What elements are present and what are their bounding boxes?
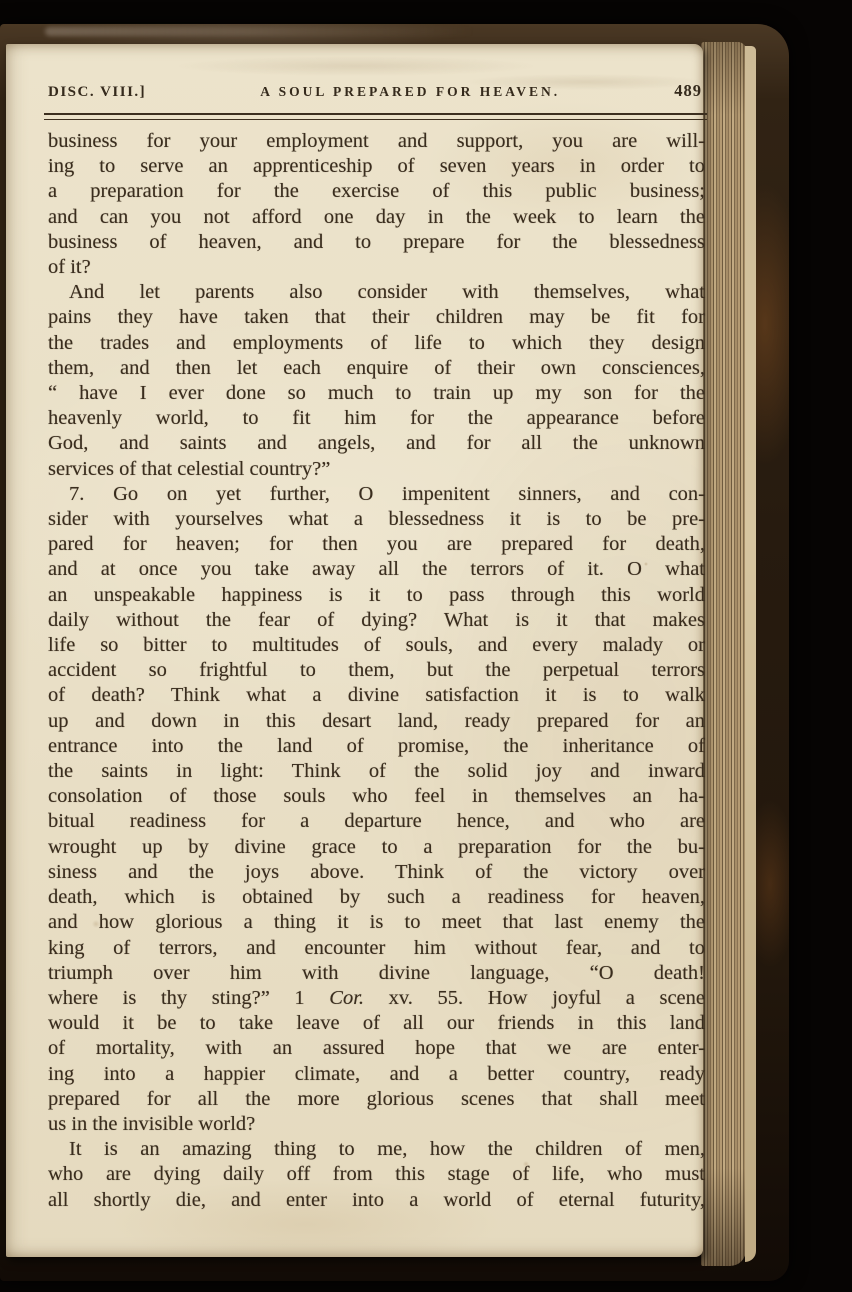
text-line: of mortality, with an assured hope that … [48,1036,705,1061]
under-page-edge [745,46,756,1262]
text-line: of it? [48,255,705,280]
running-title: A SOUL PREPARED FOR HEAVEN. [146,84,674,100]
page-header: DISC. VIII.] A SOUL PREPARED FOR HEAVEN.… [48,81,706,101]
text-line: God, and saints and angels, and for all … [48,431,705,456]
text-line: pared for heaven; for then you are prepa… [48,532,705,557]
text-line: ing to serve an apprenticeship of seven … [48,154,705,179]
text-line: where is thy sting?” 1 Cor. xv. 55. How … [48,986,705,1011]
book-scan: { "header": { "disc_label": "DISC. VIII.… [0,0,852,1292]
text-line: us in the invisible world? [48,1112,705,1137]
text-line: would it be to take leave of all our fri… [48,1011,705,1036]
text-line: business of heaven, and to prepare for t… [48,230,705,255]
text-line: prepared for all the more glorious scene… [48,1087,705,1112]
text-line: up and down in this desart land, ready p… [48,709,705,734]
text-line: and at once you take away all the terror… [48,557,705,582]
text-line: an unspeakable happiness is it to pass t… [48,583,705,608]
text-line: heavenly world, to fit him for the appea… [48,406,705,431]
text-line: ing into a happier climate, and a better… [48,1062,705,1087]
text-line: all shortly die, and enter into a world … [48,1188,705,1213]
text-line: them, and then let each enquire of their… [48,356,705,381]
text-line: triumph over him with divine language, “… [48,961,705,986]
text-line: accident so frightful to them, but the p… [48,658,705,683]
text-line: and how glorious a thing it is to meet t… [48,910,705,935]
discourse-label: DISC. VIII.] [48,84,146,101]
text-line: bitual readiness for a departure hence, … [48,809,705,834]
text-line: king of terrors, and encounter him witho… [48,936,705,961]
text-line: of death? Think what a divine satisfacti… [48,683,705,708]
text-line: the saints in light: Think of the solid … [48,759,705,784]
text-line: sider with yourselves what a blessedness… [48,507,705,532]
text-line: It is an amazing thing to me, how the ch… [48,1137,705,1162]
text-line: siness and the joys above. Think of the … [48,860,705,885]
text-line: who are dying daily off from this stage … [48,1162,705,1187]
text-line: pains they have taken that their childre… [48,305,705,330]
text-line: “ have I ever done so much to train up m… [48,381,705,406]
page-text-block: business for your employment and support… [48,129,705,1213]
header-rule [44,113,707,120]
text-line: business for your employment and support… [48,129,705,154]
text-line: life so bitter to multitudes of souls, a… [48,633,705,658]
text-line: death, which is obtained by such a readi… [48,885,705,910]
text-line: consolation of those souls who feel in t… [48,784,705,809]
text-line: entrance into the land of promise, the i… [48,734,705,759]
text-line: daily without the fear of dying? What is… [48,608,705,633]
text-line: the trades and employments of life to wh… [48,331,705,356]
book-page: DISC. VIII.] A SOUL PREPARED FOR HEAVEN.… [6,44,703,1257]
text-line: and can you not afford one day in the we… [48,205,705,230]
text-line: services of that celestial country?” [48,457,705,482]
text-line: And let parents also consider with thems… [48,280,705,305]
page-number: 489 [674,81,706,101]
text-line: wrought up by divine grace to a preparat… [48,835,705,860]
page-stack-fore-edge [701,42,746,1266]
text-line: 7. Go on yet further, O impenitent sinne… [48,482,705,507]
text-line: a preparation for the exercise of this p… [48,179,705,204]
